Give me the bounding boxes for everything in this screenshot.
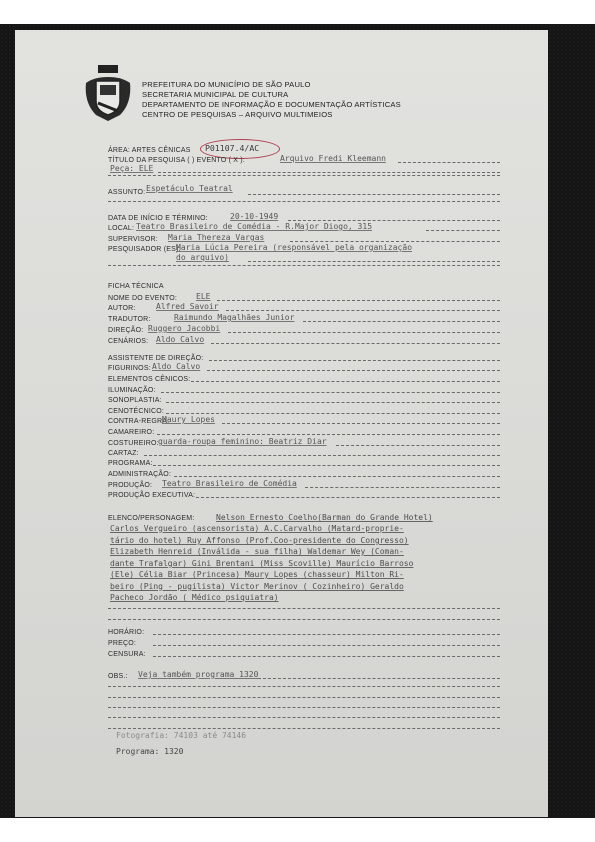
field-row: CONTRA-REGRA:Maury Lopes	[108, 415, 500, 425]
titulo-value: Arquivo Fredi Kleemann	[280, 154, 386, 163]
blank-line	[108, 201, 500, 202]
field-value: Raimundo Magalhães Junior	[174, 313, 294, 322]
blank-line	[108, 608, 500, 609]
blank-line	[108, 717, 500, 718]
field-label: FIGURINOS:	[108, 365, 151, 372]
horario-row: HORÁRIO:	[108, 626, 500, 636]
preco-label: PREÇO:	[108, 640, 136, 647]
blank-line	[108, 697, 500, 698]
field-label: ASSISTENTE DE DIREÇÃO:	[108, 355, 203, 362]
pesquisador-row-2: do arquivo)	[108, 253, 500, 263]
cast-line: (Ele) Célia Biar (Princesa) Maury Lopes …	[110, 569, 505, 581]
field-row: PRODUÇÃO:Teatro Brasileiro de Comédia	[108, 479, 500, 489]
cast-line: Carlos Vergueiro (ascensorista) A.C.Carv…	[110, 523, 505, 535]
field-label: CENOTÉCNICO:	[108, 408, 164, 415]
cast-line: Nelson Ernesto Coelho(Barman do Grande H…	[216, 512, 506, 524]
local-value: Teatro Brasileiro de Comédia - R.Major D…	[136, 222, 372, 231]
data-value: 20-10-1949	[230, 212, 278, 221]
field-label: NOME DO EVENTO:	[108, 295, 177, 302]
header-line: SECRETARIA MUNICIPAL DE CULTURA	[142, 90, 401, 100]
titulo-row: TÍTULO DA PESQUISA ( ) EVENTO ( X ): Arq…	[108, 154, 500, 164]
field-label: CENÁRIOS:	[108, 338, 148, 345]
field-label: DIREÇÃO:	[108, 327, 143, 334]
field-label: PROGRAMA:	[108, 460, 153, 467]
pesquisador-label: PESQUISADOR (ES):	[108, 246, 181, 253]
field-row: AUTOR:Alfred Savoir	[108, 302, 500, 312]
field-label: CARTAZ:	[108, 450, 139, 457]
data-row: DATA DE INÍCIO E TÉRMINO: 20-10-1949	[108, 212, 500, 222]
titulo-label: TÍTULO DA PESQUISA ( ) EVENTO ( X ):	[108, 157, 245, 164]
field-label: CONTRA-REGRA:	[108, 418, 169, 425]
supervisor-label: SUPERVISOR:	[108, 236, 158, 243]
fotografia-note: Fotografia: 74103 até 74146	[116, 731, 246, 740]
supervisor-row: SUPERVISOR: Maria Thereza Vargas	[108, 233, 500, 243]
cast-line: dante Trafalgar) Gini Brentani (Miss Sco…	[110, 558, 505, 570]
field-label: PRODUÇÃO:	[108, 482, 152, 489]
field-row: DIREÇÃO:Ruggero Jacobbi	[108, 324, 500, 334]
field-value: Maury Lopes	[162, 415, 215, 424]
field-value: ELE	[196, 292, 210, 301]
field-value: Alfred Savoir	[156, 302, 219, 311]
header-line: CENTRO DE PESQUISAS – ARQUIVO MULTIMEIOS	[142, 110, 401, 120]
field-label: AUTOR:	[108, 305, 136, 312]
obs-row: OBS.: Veja também programa 1320	[108, 670, 500, 680]
area-label: ÁREA: ARTES CÊNICAS	[108, 147, 191, 154]
field-row: COSTUREIRO:guarda-roupa feminino: Beatri…	[108, 437, 500, 447]
blank-line	[108, 175, 500, 176]
field-row: FIGURINOS:Aldo Calvo	[108, 362, 500, 372]
field-label: CAMAREIRO:	[108, 429, 154, 436]
field-label: ADMINISTRAÇÃO:	[108, 471, 171, 478]
field-label: ELEMENTOS CÊNICOS:	[108, 376, 190, 383]
cast-line: Pacheco Jordão ( Médico psiquiatra)	[110, 592, 505, 604]
obs-label: OBS.:	[108, 673, 128, 680]
institution-header: PREFEITURA DO MUNICÍPIO DE SÃO PAULO SEC…	[142, 80, 401, 120]
pesquisador-value: Maria Lúcia Pereira (responsável pela or…	[176, 243, 412, 252]
field-label: TRADUTOR:	[108, 316, 151, 323]
titulo-row-2: Peça: ELE	[108, 164, 500, 174]
pesquisador-value-2: do arquivo)	[176, 253, 229, 262]
field-label: SONOPLASTIA:	[108, 397, 162, 404]
field-row: CENÁRIOS:Aldo Calvo	[108, 335, 500, 345]
field-row: ASSISTENTE DE DIREÇÃO:	[108, 352, 500, 362]
field-row: ADMINISTRAÇÃO:	[108, 468, 500, 478]
blank-line	[108, 707, 500, 708]
cast-line: Elizabeth Henreid (Inválida - sua filha)…	[110, 546, 505, 558]
local-label: LOCAL:	[108, 225, 134, 232]
field-row: ILUMINAÇÃO:	[108, 384, 500, 394]
assunto-row: ASSUNTO: Espetáculo Teatral	[108, 186, 500, 196]
data-label: DATA DE INÍCIO E TÉRMINO:	[108, 215, 208, 222]
blank-line	[108, 619, 500, 620]
field-row: ELEMENTOS CÊNICOS:	[108, 373, 500, 383]
blank-line	[108, 728, 500, 729]
field-value: Aldo Calvo	[152, 362, 200, 371]
field-row: PROGRAMA:	[108, 457, 500, 467]
field-label: PRODUÇÃO EXECUTIVA:	[108, 492, 195, 499]
horario-label: HORÁRIO:	[108, 629, 144, 636]
area-row: ÁREA: ARTES CÊNICAS	[108, 144, 500, 154]
censura-label: CENSURA:	[108, 651, 146, 658]
supervisor-value: Maria Thereza Vargas	[168, 233, 264, 242]
ficha-title: FICHA TÉCNICA	[108, 283, 164, 290]
area-code: P01107.4/AC	[205, 143, 259, 153]
field-row: CARTAZ:	[108, 447, 500, 457]
blank-line	[108, 265, 500, 266]
ficha-title-row: FICHA TÉCNICA	[108, 280, 500, 290]
titulo-value-2: Peça: ELE	[110, 164, 153, 173]
blank-line	[108, 686, 500, 687]
header-line: DEPARTAMENTO DE INFORMAÇÃO E DOCUMENTAÇÃ…	[142, 100, 401, 110]
field-value: Ruggero Jacobbi	[148, 324, 220, 333]
field-label: ILUMINAÇÃO:	[108, 387, 156, 394]
field-row: NOME DO EVENTO:ELE	[108, 292, 500, 302]
field-row: CENOTÉCNICO:	[108, 405, 500, 415]
preco-row: PREÇO:	[108, 637, 500, 647]
censura-row: CENSURA:	[108, 648, 500, 658]
field-row: SONOPLASTIA:	[108, 394, 500, 404]
cast-line: tário do hotel) Ruy Affonso (Prof.Coo-pr…	[110, 535, 505, 547]
cast-line: beiro (Ping - pugilista) Victor Merinov …	[110, 581, 505, 593]
pesquisador-row: PESQUISADOR (ES): Maria Lúcia Pereira (r…	[108, 243, 500, 253]
assunto-label: ASSUNTO:	[108, 189, 145, 196]
obs-value: Veja também programa 1320	[138, 670, 258, 679]
header-line: PREFEITURA DO MUNICÍPIO DE SÃO PAULO	[142, 80, 401, 90]
field-value: Teatro Brasileiro de Comédia	[162, 479, 297, 488]
elenco-label: ELENCO/PERSONAGEM:	[108, 515, 194, 522]
field-row: CAMAREIRO:	[108, 426, 500, 436]
field-value: guarda-roupa feminino: Beatriz Diar	[158, 437, 327, 446]
field-row: PRODUÇÃO EXECUTIVA:	[108, 489, 500, 499]
local-row: LOCAL: Teatro Brasileiro de Comédia - R.…	[108, 222, 500, 232]
field-label: COSTUREIRO:	[108, 440, 159, 447]
assunto-value: Espetáculo Teatral	[146, 184, 233, 193]
field-value: Aldo Calvo	[156, 335, 204, 344]
coat-of-arms-icon	[82, 63, 134, 123]
field-row: TRADUTOR:Raimundo Magalhães Junior	[108, 313, 500, 323]
programa-note: Programa: 1320	[116, 747, 183, 756]
